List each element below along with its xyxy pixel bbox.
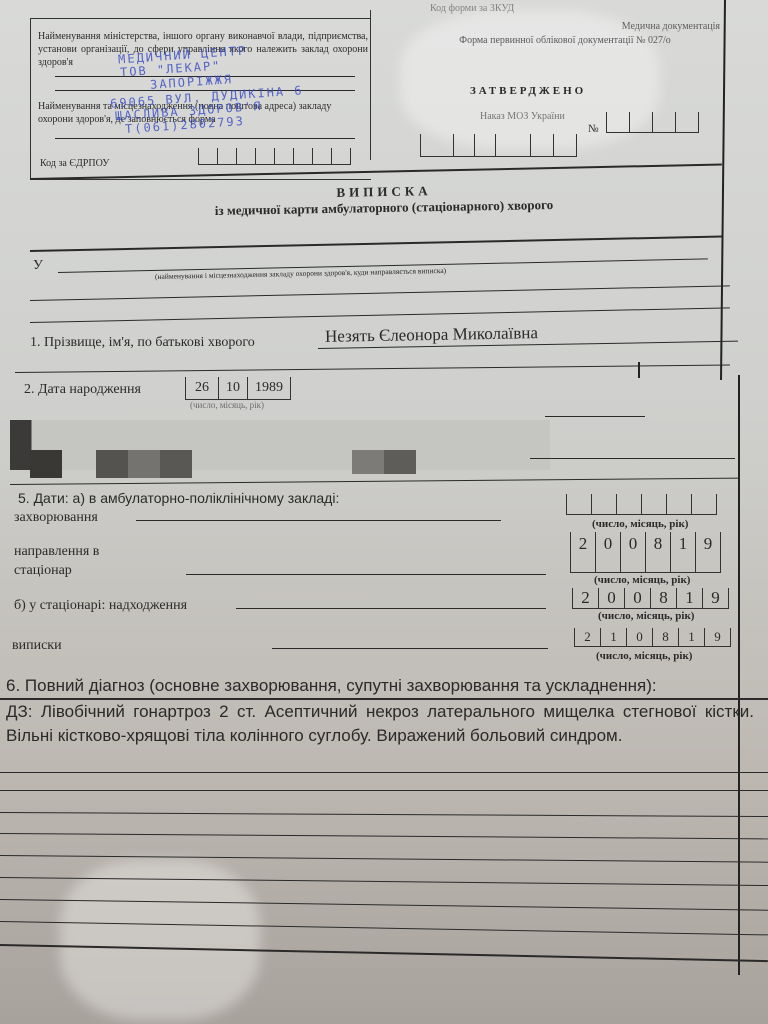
- glare: [60, 860, 260, 1020]
- admission-label: б) у стаціонарі: надходження: [14, 598, 187, 614]
- separator: [30, 236, 722, 252]
- dob-boxes: 26 10 1989: [185, 377, 291, 400]
- diagnosis-text: ДЗ: Лівобічний гонартроз 2 ст. Асептични…: [6, 700, 754, 748]
- digit-cell: 1: [601, 628, 627, 646]
- rule: [10, 478, 740, 485]
- redacted-area: [30, 450, 62, 478]
- redacted-area: [352, 450, 384, 474]
- medical-doc-label: Медична документація: [430, 20, 720, 34]
- digit-cell: 9: [703, 588, 729, 608]
- redacted-area: [128, 450, 160, 478]
- digit-cell: 9: [705, 628, 731, 646]
- digit-cell: 1: [671, 532, 696, 572]
- rule: [30, 307, 730, 323]
- redacted-area: [384, 450, 416, 474]
- rule: [0, 833, 768, 839]
- rule: [186, 574, 546, 575]
- digit-cell: 1: [679, 628, 705, 646]
- dob-day: 26: [186, 377, 219, 399]
- order-date-boxes: [420, 134, 577, 157]
- digit-cell: [692, 494, 717, 514]
- date-caption: (число, місяць, рік): [592, 518, 688, 530]
- date-caption: (число, місяць, рік): [596, 650, 692, 662]
- recipient-prefix: У: [33, 258, 43, 274]
- date-caption: (число, місяць, рік): [594, 574, 690, 586]
- edrpou-boxes: [198, 148, 351, 165]
- discharge-label: виписки: [12, 638, 62, 654]
- rule: [136, 520, 501, 521]
- digit-cell: [642, 494, 667, 514]
- digit-cell: [567, 494, 592, 514]
- rule: [0, 772, 768, 773]
- order-number-boxes: [606, 112, 699, 133]
- code-label: Код форми за ЗКУД: [430, 2, 514, 16]
- redacted-area: [160, 450, 192, 478]
- digit-cell: 0: [596, 532, 621, 572]
- dob-caption: (число, місяць, рік): [190, 400, 264, 410]
- mark: [638, 362, 640, 378]
- digit-cell: [592, 494, 617, 514]
- edrpou-label: Код за ЄДРПОУ: [40, 157, 109, 171]
- diagnosis-label: 6. Повний діагноз (основне захворювання,…: [6, 674, 657, 698]
- digit-cell: 2: [571, 532, 596, 572]
- digit-cell: 0: [621, 532, 646, 572]
- digit-cell: [617, 494, 642, 514]
- digit-cell: 8: [646, 532, 671, 572]
- digit-cell: 0: [627, 628, 653, 646]
- dob-month: 10: [219, 377, 248, 399]
- redacted-area: [96, 450, 128, 478]
- illness-label: захворювання: [14, 510, 98, 526]
- rule: [272, 648, 548, 649]
- approved-heading: ЗАТВЕРДЖЕНО: [470, 85, 586, 97]
- digit-cell: 9: [696, 532, 721, 572]
- dob-label: 2. Дата народження: [24, 382, 141, 398]
- digit-cell: 2: [573, 588, 599, 608]
- redacted-area: [10, 420, 550, 470]
- dob-year: 1989: [248, 377, 291, 399]
- digit-cell: 1: [677, 588, 703, 608]
- rule: [530, 458, 735, 459]
- rule: [0, 812, 768, 817]
- referral-label-1: направлення в: [14, 544, 99, 560]
- digit-cell: [667, 494, 692, 514]
- referral-label-2: стаціонар: [14, 563, 72, 579]
- dates-section-label: 5. Дати: а) в амбулаторно-поліклінічному…: [18, 490, 339, 506]
- patient-name-value: Незять Єлеонора Миколаївна: [325, 323, 538, 347]
- referral-date-boxes: 200819: [570, 532, 721, 573]
- rule: [15, 365, 730, 373]
- rule: [236, 608, 546, 609]
- rule: [0, 790, 768, 791]
- illness-date-boxes: [566, 494, 717, 515]
- admission-date-boxes: 200819: [572, 588, 729, 609]
- patient-name-label: 1. Прізвище, ім'я, по батькові хворого: [30, 335, 255, 351]
- digit-cell: 8: [653, 628, 679, 646]
- rule: [545, 416, 645, 417]
- number-sign: №: [588, 122, 599, 136]
- form-number: Форма первинної облікової документації №…: [410, 34, 720, 48]
- discharge-date-boxes: 210819: [574, 628, 731, 647]
- digit-cell: 0: [599, 588, 625, 608]
- order-label: Наказ МОЗ України: [480, 110, 565, 124]
- digit-cell: 8: [651, 588, 677, 608]
- rule: [55, 138, 355, 139]
- digit-cell: 2: [575, 628, 601, 646]
- medical-discharge-form: Найменування міністерства, іншого органу…: [0, 0, 768, 1024]
- digit-cell: 0: [625, 588, 651, 608]
- date-caption: (число, місяць, рік): [598, 610, 694, 622]
- rule: [0, 855, 768, 863]
- rule: [30, 285, 730, 301]
